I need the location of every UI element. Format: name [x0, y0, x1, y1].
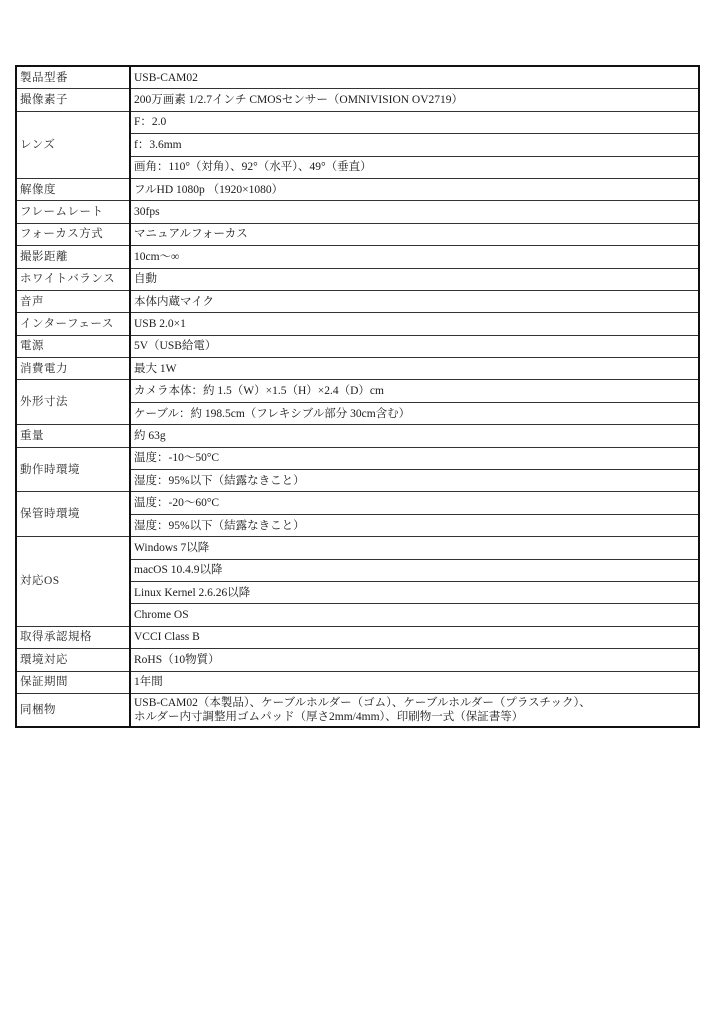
- label-model-number: 製品型番: [16, 66, 130, 89]
- row-storage-environment: 保管時環境 温度：-20〜60°C: [16, 492, 699, 514]
- value-image-sensor: 200万画素 1/2.7インチ CMOSセンサー（OMNIVISION OV27…: [130, 89, 699, 111]
- label-storage-environment: 保管時環境: [16, 492, 130, 537]
- value-operating-temperature: 温度：-10〜50°C: [130, 447, 699, 469]
- value-os-linux: Linux Kernel 2.6.26以降: [130, 581, 699, 603]
- value-power-supply: 5V（USB給電）: [130, 335, 699, 357]
- label-supported-os: 対応OS: [16, 537, 130, 627]
- row-power-consumption: 消費電力 最大 1W: [16, 358, 699, 380]
- label-warranty: 保証期間: [16, 671, 130, 693]
- value-frame-rate: 30fps: [130, 201, 699, 223]
- row-model-number: 製品型番 USB-CAM02: [16, 66, 699, 89]
- value-interface: USB 2.0×1: [130, 313, 699, 335]
- value-environmental-compliance: RoHS（10物質）: [130, 649, 699, 671]
- value-os-chrome: Chrome OS: [130, 604, 699, 626]
- label-power-supply: 電源: [16, 335, 130, 357]
- row-image-sensor: 撮像素子 200万画素 1/2.7インチ CMOSセンサー（OMNIVISION…: [16, 89, 699, 111]
- value-lens-aperture: F：2.0: [130, 111, 699, 133]
- row-shooting-distance: 撮影距離 10cm〜∞: [16, 246, 699, 268]
- value-shooting-distance: 10cm〜∞: [130, 246, 699, 268]
- label-dimensions: 外形寸法: [16, 380, 130, 425]
- value-dimensions-body: カメラ本体：約 1.5（W）×1.5（H）×2.4（D）cm: [130, 380, 699, 402]
- label-power-consumption: 消費電力: [16, 358, 130, 380]
- label-shooting-distance: 撮影距離: [16, 246, 130, 268]
- row-certification: 取得承認規格 VCCI Class B: [16, 626, 699, 648]
- value-storage-humidity: 湿度：95%以下（結露なきこと）: [130, 514, 699, 536]
- label-interface: インターフェース: [16, 313, 130, 335]
- label-image-sensor: 撮像素子: [16, 89, 130, 111]
- row-interface: インターフェース USB 2.0×1: [16, 313, 699, 335]
- row-frame-rate: フレームレート 30fps: [16, 201, 699, 223]
- label-white-balance: ホワイトバランス: [16, 268, 130, 290]
- label-operating-environment: 動作時環境: [16, 447, 130, 492]
- row-operating-environment: 動作時環境 温度：-10〜50°C: [16, 447, 699, 469]
- row-supported-os: 対応OS Windows 7以降: [16, 537, 699, 559]
- row-focus-type: フォーカス方式 マニュアルフォーカス: [16, 223, 699, 245]
- value-audio: 本体内蔵マイク: [130, 290, 699, 312]
- value-focus-type: マニュアルフォーカス: [130, 223, 699, 245]
- value-operating-humidity: 湿度：95%以下（結露なきこと）: [130, 470, 699, 492]
- value-package-contents: USB-CAM02（本製品）、ケーブルホルダー（ゴム）、ケーブルホルダー（プラス…: [130, 693, 699, 727]
- label-environmental-compliance: 環境対応: [16, 649, 130, 671]
- package-contents-line-2: ホルダー内寸調整用ゴムパッド（厚さ2mm/4mm）、印刷物一式（保証書等）: [134, 710, 698, 724]
- spec-table: 製品型番 USB-CAM02 撮像素子 200万画素 1/2.7インチ CMOS…: [15, 65, 700, 728]
- value-white-balance: 自動: [130, 268, 699, 290]
- label-frame-rate: フレームレート: [16, 201, 130, 223]
- value-warranty: 1年間: [130, 671, 699, 693]
- package-contents-line-1: USB-CAM02（本製品）、ケーブルホルダー（ゴム）、ケーブルホルダー（プラス…: [134, 696, 698, 710]
- label-resolution: 解像度: [16, 178, 130, 200]
- value-dimensions-cable: ケーブル：約 198.5cm（フレキシブル部分 30cm含む）: [130, 402, 699, 424]
- label-lens: レンズ: [16, 111, 130, 178]
- value-os-windows: Windows 7以降: [130, 537, 699, 559]
- label-package-contents: 同梱物: [16, 693, 130, 727]
- row-power-supply: 電源 5V（USB給電）: [16, 335, 699, 357]
- row-dimensions: 外形寸法 カメラ本体：約 1.5（W）×1.5（H）×2.4（D）cm: [16, 380, 699, 402]
- value-resolution: フルHD 1080p （1920×1080）: [130, 178, 699, 200]
- row-environmental-compliance: 環境対応 RoHS（10物質）: [16, 649, 699, 671]
- value-power-consumption: 最大 1W: [130, 358, 699, 380]
- value-weight: 約 63g: [130, 425, 699, 447]
- row-resolution: 解像度 フルHD 1080p （1920×1080）: [16, 178, 699, 200]
- row-package-contents: 同梱物 USB-CAM02（本製品）、ケーブルホルダー（ゴム）、ケーブルホルダー…: [16, 693, 699, 727]
- label-audio: 音声: [16, 290, 130, 312]
- value-model-number: USB-CAM02: [130, 66, 699, 89]
- row-weight: 重量 約 63g: [16, 425, 699, 447]
- value-os-macos: macOS 10.4.9以降: [130, 559, 699, 581]
- value-storage-temperature: 温度：-20〜60°C: [130, 492, 699, 514]
- row-audio: 音声 本体内蔵マイク: [16, 290, 699, 312]
- value-lens-focal-length: f：3.6mm: [130, 134, 699, 156]
- label-focus-type: フォーカス方式: [16, 223, 130, 245]
- row-warranty: 保証期間 1年間: [16, 671, 699, 693]
- value-lens-angle: 画角：110°（対角）、92°（水平）、49°（垂直）: [130, 156, 699, 178]
- label-certification: 取得承認規格: [16, 626, 130, 648]
- row-lens: レンズ F：2.0: [16, 111, 699, 133]
- row-white-balance: ホワイトバランス 自動: [16, 268, 699, 290]
- value-certification: VCCI Class B: [130, 626, 699, 648]
- label-weight: 重量: [16, 425, 130, 447]
